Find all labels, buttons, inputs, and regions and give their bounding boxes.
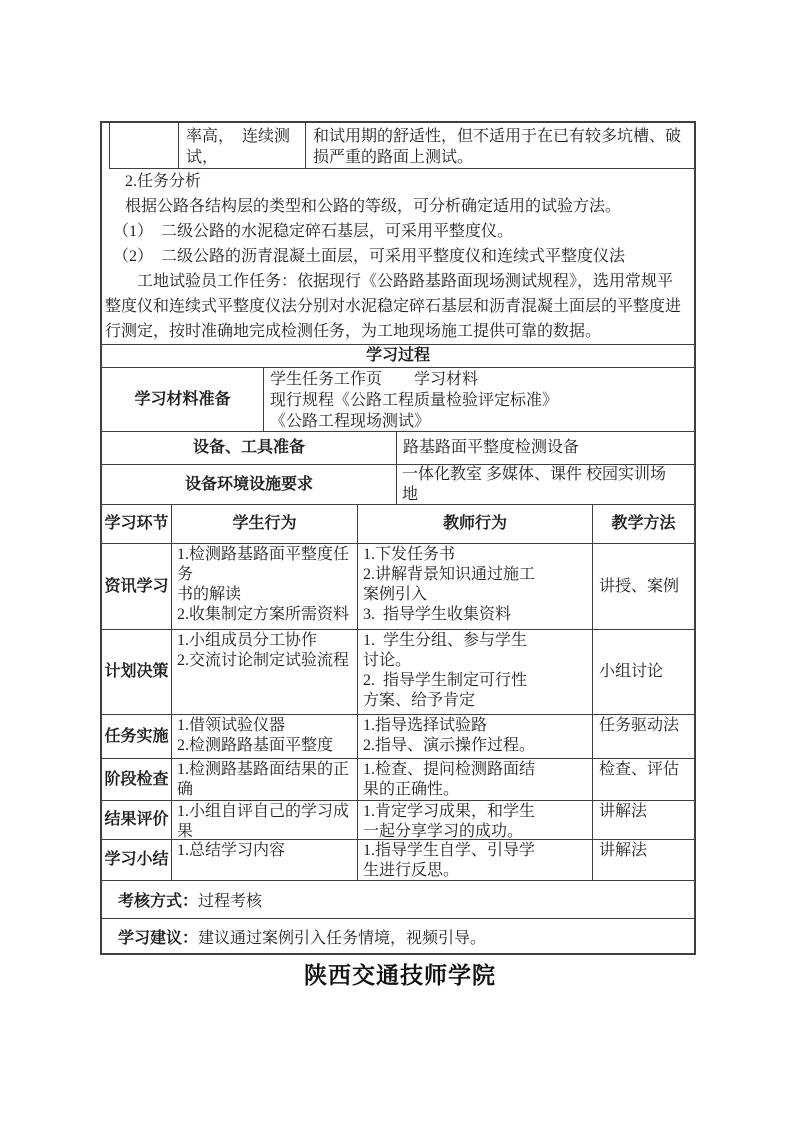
continued-cell-note: 和试用期的舒适性，但不适用于在已有较多坑槽、破 损严重的路面上测试。	[306, 123, 694, 168]
assessment-label: 考核方式：	[118, 888, 198, 911]
header-method: 教学方法	[593, 505, 694, 543]
suggestion-value: 建议通过案例引入任务情境，视频引导。	[198, 925, 486, 948]
method-cell: 检查、评估	[593, 759, 694, 800]
teacher-cell: 1.指导选择试验路 2.指导、演示操作过程。	[358, 715, 593, 758]
materials-content: 学生任务工作页 学习材料 现行规程《公路工程质量检验评定标准》 《公路工程现场测…	[264, 368, 694, 431]
equipment-content: 路基路面平整度检测设备	[397, 432, 694, 464]
document-table: 率高， 连续测试， 反映舒适性。 和试用期的舒适性，但不适用于在已有较多坑槽、破…	[100, 121, 696, 955]
stage-cell: 阶段检查	[102, 759, 172, 800]
continued-cell-method: 率高， 连续测试， 反映舒适性。	[179, 123, 306, 168]
method-cell: 任务驱动法	[593, 715, 694, 758]
stage-cell: 学习小结	[102, 840, 172, 880]
process-row-plan: 计划决策 1.小组成员分工协作 2.交流讨论制定试验流程 1. 学生分组、参与学…	[102, 630, 694, 715]
process-row-info: 资讯学习 1.检测路基路面平整度任务 书的解读 2.收集制定方案所需资料 1.下…	[102, 544, 694, 630]
student-cell: 1.借领试验仪器 2.检测路路基面平整度	[172, 715, 358, 758]
continued-table-left-gap	[102, 123, 109, 168]
task-analysis-heading: 2.任务分析	[105, 169, 691, 194]
student-cell: 1.检测路基路面结果的正确 性	[172, 759, 358, 800]
student-cell: 1.总结学习内容	[172, 840, 358, 880]
method-cell: 讲授、案例	[593, 544, 694, 629]
stage-cell: 任务实施	[102, 715, 172, 758]
materials-label: 学习材料准备	[102, 368, 264, 431]
work-task-line-2: 整度仪和连续式平整度仪法分别对水泥稳定碎石基层和沥青混凝土面层的平整度进	[105, 294, 691, 319]
learning-process-title: 学习过程	[366, 345, 430, 367]
stage-cell: 资讯学习	[102, 544, 172, 629]
page: { "colors": {"border": "#3f3f3f", "text"…	[0, 0, 800, 1131]
process-row-evaluate: 结果评价 1.小组自评自己的学习成果 2.体验并分享学习的成功 1.肯定学习成果…	[102, 801, 694, 840]
task-analysis-line: 根据公路各结构层的类型和公路的等级，可分析确定适用的试验方法。	[105, 194, 691, 219]
teacher-cell: 1.检查、提问检测路面结 果的正确性。	[358, 759, 593, 800]
header-student: 学生行为	[172, 505, 358, 543]
task-analysis-section: 2.任务分析 根据公路各结构层的类型和公路的等级，可分析确定适用的试验方法。 （…	[102, 169, 694, 345]
continued-cell-empty	[109, 123, 179, 168]
assessment-row: 考核方式： 过程考核	[102, 881, 694, 919]
learning-process-title-row: 学习过程	[102, 345, 694, 368]
task-analysis-item-2: （2） 二级公路的沥青混凝土面层，可采用平整度仪和连续式平整度仪法	[105, 244, 691, 269]
teacher-cell: 1.肯定学习成果，和学生 一起分享学习的成功。	[358, 801, 593, 839]
suggestion-row: 学习建议： 建议通过案例引入任务情境，视频引导。	[102, 919, 694, 954]
header-teacher: 教师行为	[358, 505, 593, 543]
equipment-row: 设备、工具准备 路基路面平整度检测设备	[102, 432, 694, 465]
continued-table-row: 率高， 连续测试， 反映舒适性。 和试用期的舒适性，但不适用于在已有较多坑槽、破…	[102, 123, 694, 168]
student-cell: 1.检测路基路面平整度任务 书的解读 2.收集制定方案所需资料	[172, 544, 358, 629]
method-cell: 讲解法	[593, 840, 694, 880]
stage-cell: 结果评价	[102, 801, 172, 839]
method-cell: 小组讨论	[593, 630, 694, 714]
equipment-label: 设备、工具准备	[102, 432, 397, 464]
suggestion-label: 学习建议：	[118, 925, 198, 948]
work-task-line-3: 行测定，按时准确地完成检测任务，为工地现场施工提供可靠的数据。	[105, 319, 691, 344]
task-analysis-item-1: （1） 二级公路的水泥稳定碎石基层，可采用平整度仪。	[105, 219, 691, 244]
school-footer: 陕西交通技师学院	[0, 957, 800, 990]
teacher-cell: 1.下发任务书 2.讲解背景知识通过施工 案例引入 3. 指导学生收集资料	[358, 544, 593, 629]
environment-row: 设备环境设施要求 一体化教室 多媒体、课件 校园实训场 地	[102, 465, 694, 505]
method-cell: 讲解法	[593, 801, 694, 839]
process-row-summary: 学习小结 1.总结学习内容 1.指导学生自学、引导学 生进行反思。 讲解法	[102, 840, 694, 881]
work-task-line-1: 工地试验员工作任务：依据现行《公路路基路面现场测试规程》，选用常规平	[105, 269, 691, 294]
environment-content: 一体化教室 多媒体、课件 校园实训场 地	[397, 465, 694, 504]
environment-label: 设备环境设施要求	[102, 465, 397, 504]
teacher-cell: 1.指导学生自学、引导学 生进行反思。	[358, 840, 593, 880]
assessment-value: 过程考核	[198, 888, 262, 911]
process-row-implement: 任务实施 1.借领试验仪器 2.检测路路基面平整度 1.指导选择试验路 2.指导…	[102, 715, 694, 759]
stage-cell: 计划决策	[102, 630, 172, 714]
header-stage: 学习环节	[102, 505, 172, 543]
process-row-check: 阶段检查 1.检测路基路面结果的正确 性 1.检查、提问检测路面结 果的正确性。…	[102, 759, 694, 801]
teacher-cell: 1. 学生分组、参与学生 讨论。 2. 指导学生制定可行性 方案、给予肯定	[358, 630, 593, 714]
process-header-row: 学习环节 学生行为 教师行为 教学方法	[102, 505, 694, 544]
student-cell: 1.小组成员分工协作 2.交流讨论制定试验流程	[172, 630, 358, 714]
student-cell: 1.小组自评自己的学习成果 2.体验并分享学习的成功	[172, 801, 358, 839]
materials-row: 学习材料准备 学生任务工作页 学习材料 现行规程《公路工程质量检验评定标准》 《…	[102, 368, 694, 432]
